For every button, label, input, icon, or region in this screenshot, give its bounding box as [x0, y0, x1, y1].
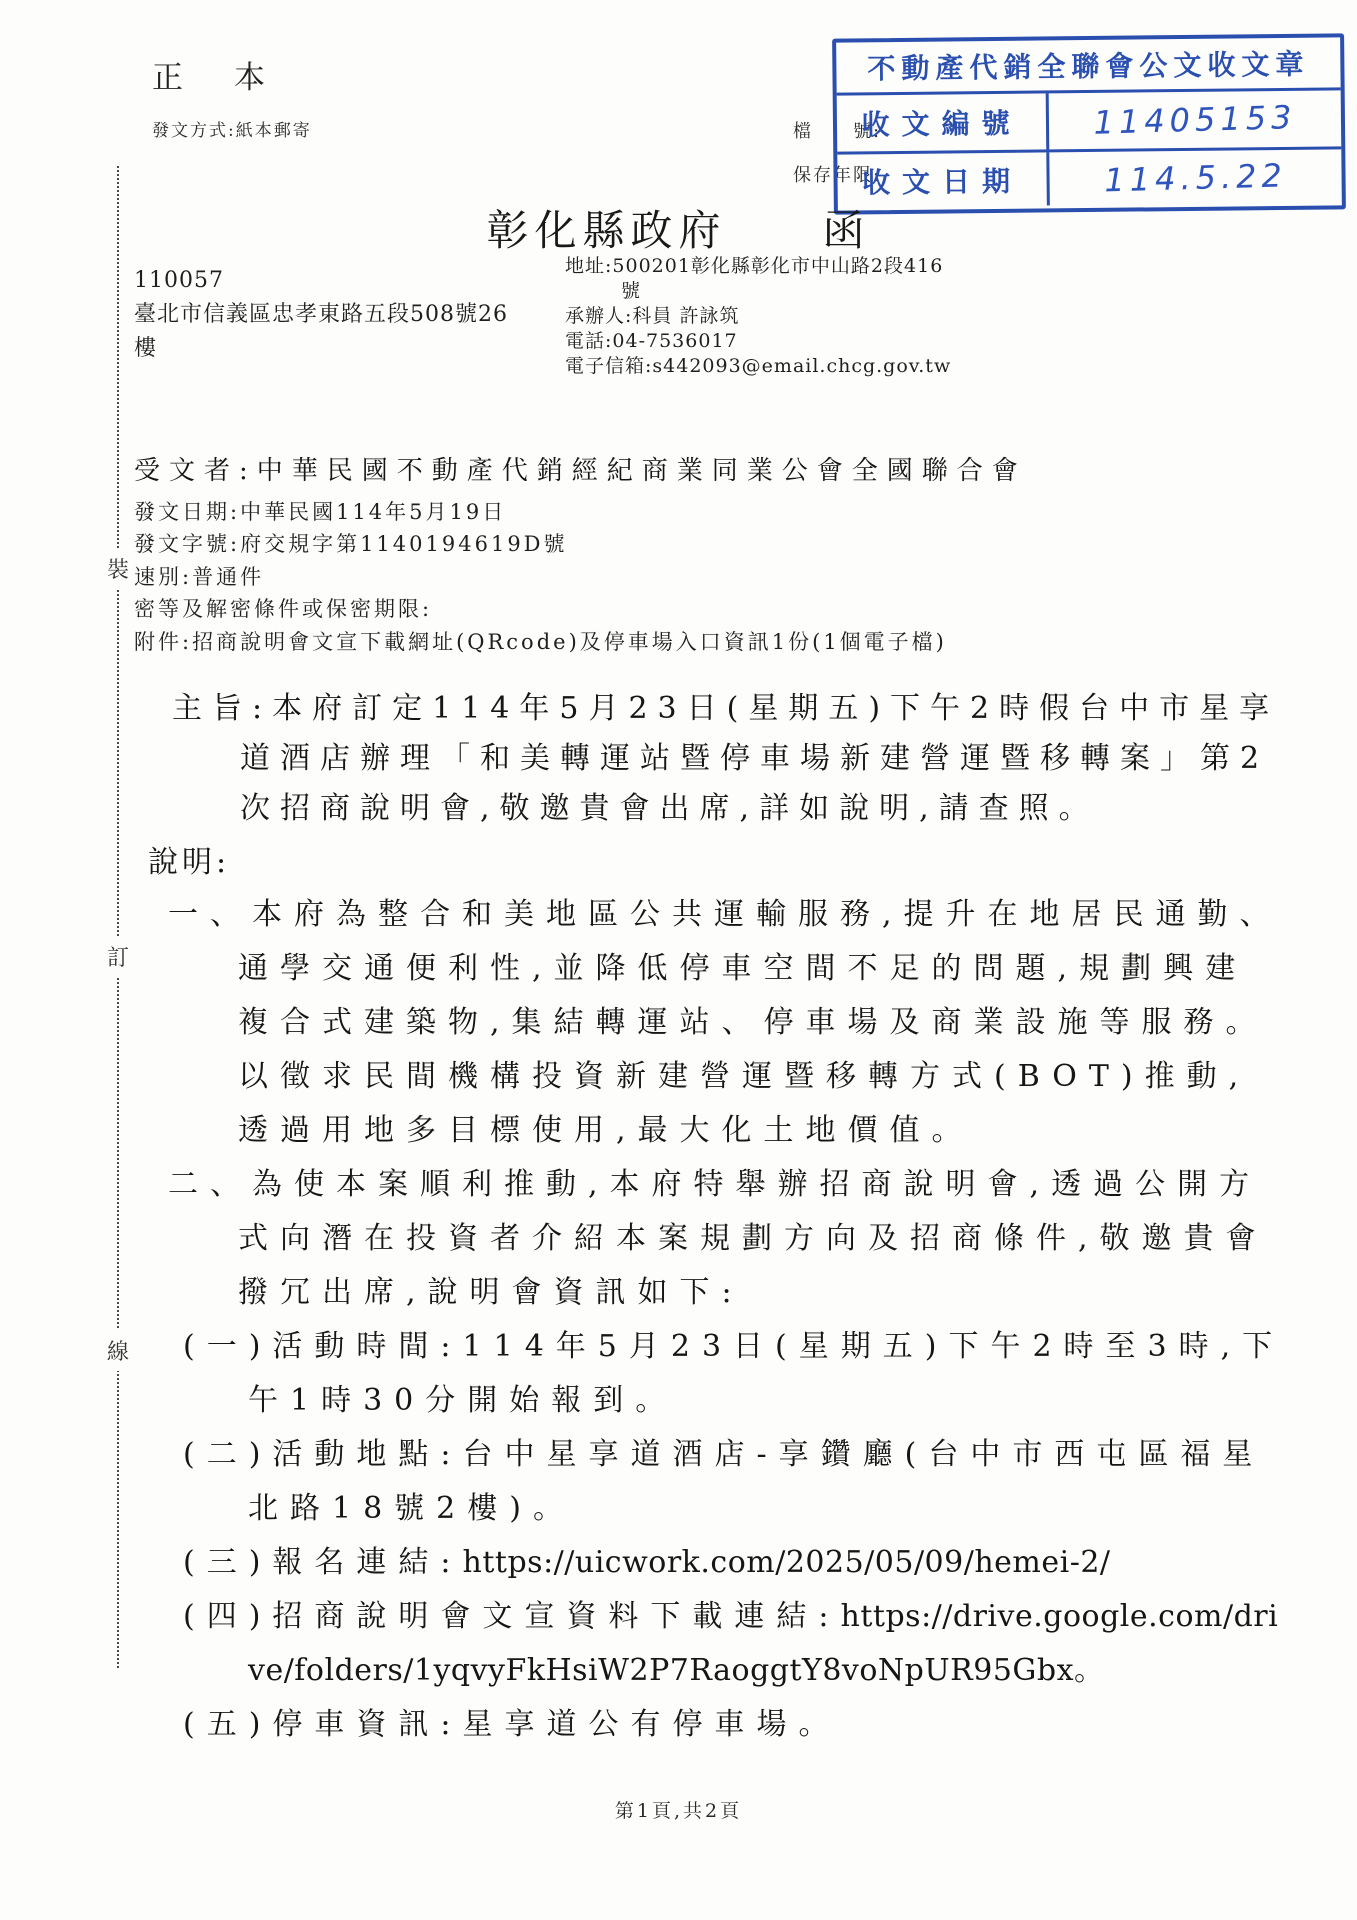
copy-type-label: 正 本 [152, 52, 275, 97]
binding-mark-zhuang: 裝 [103, 548, 133, 589]
binding-dotted-line [117, 166, 119, 1668]
document-meta-fields: 發文日期:中華民國114年5月19日 發文字號:府交規字第1140194619D… [134, 496, 947, 658]
item-1-text: 本府為整合和美地區公共運輸服務,提升在地居民通勤、通學交通便利性,並降低停車空間… [238, 897, 1282, 1148]
receipt-no-row: 收文編號 11405153 [837, 90, 1342, 151]
subject-paragraph: 主旨:本府訂定114年5月23日(星期五)下午2時假台中市星享道酒店辦理「和美轉… [172, 684, 1288, 834]
scanned-official-letter: 正 本 發文方式:紙本郵寄 檔 號: 保存年限: 不動產代銷全聯會公文收文章 收… [0, 0, 1357, 1920]
subject-label: 主旨: [172, 691, 272, 726]
receipt-no-label: 收文編號 [837, 93, 1050, 151]
sub-item-2-marker: (二) [183, 1437, 272, 1472]
subject-text: 本府訂定114年5月23日(星期五)下午2時假台中市星享道酒店辦理「和美轉運站暨… [240, 691, 1279, 826]
registration-link-item: (三)報名連結:https://uicwork.com/2025/05/09/h… [183, 1536, 1289, 1590]
doc-number-line: 發文字號:府交規字第1140194619D號 [134, 528, 947, 560]
explanation-item-2: 二、為使本案順利推動,本府特舉辦招商說明會,透過公開方式向潛在投資者介紹本案規劃… [168, 1158, 1288, 1320]
parking-info-item: (五)停車資訊:星享道公有停車場。 [183, 1698, 1289, 1752]
recipient-address-block: 110057 臺北市信義區忠孝東路五段508號26 樓 [134, 264, 508, 366]
event-info-list: (一)活動時間:114年5月23日(星期五)下午2時至3時,下午1時30分開始報… [183, 1320, 1289, 1752]
receipt-stamp: 不動產代銷全聯會公文收文章 收文編號 11405153 收文日期 114.5.2… [832, 33, 1346, 214]
sub-item-5-text: 停車資訊:星享道公有停車場。 [272, 1707, 840, 1742]
sender-officer: 承辦人:科員 許詠筑 [565, 304, 1205, 329]
attachment-line: 附件:招商說明會文宣下載網址(QRcode)及停車場入口資訊1份(1個電子檔) [134, 626, 947, 658]
recipient-postal-code: 110057 [134, 264, 508, 298]
sub-item-4-suffix: 。 [1074, 1653, 1116, 1688]
explanation-items: 一、本府為整合和美地區公共運輸服務,提升在地居民通勤、通學交通便利性,並降低停車… [168, 888, 1288, 1320]
letter-body: 主旨:本府訂定114年5月23日(星期五)下午2時假台中市星享道酒店辦理「和美轉… [148, 684, 1290, 1752]
item-1-marker: 一、 [168, 897, 252, 932]
page-number-footer: 第1頁,共2頁 [0, 1796, 1357, 1823]
security-line: 密等及解密條件或保密期限: [134, 593, 947, 625]
receipt-stamp-title: 不動產代銷全聯會公文收文章 [836, 37, 1341, 95]
sender-phone: 電話:04-7536017 [565, 329, 1205, 354]
sub-item-4-marker: (四) [183, 1599, 272, 1634]
explanation-label: 說明: [148, 838, 1290, 888]
sub-item-3-prefix: 報名連結: [272, 1545, 462, 1580]
sender-address-line1: 地址:500201彰化縣彰化市中山路2段416 [565, 254, 1205, 279]
download-link-item: (四)招商說明會文宣資料下載連結:https://drive.google.co… [183, 1590, 1289, 1698]
sender-contact-block: 地址:500201彰化縣彰化市中山路2段416 號 承辦人:科員 許詠筑 電話:… [565, 254, 1205, 379]
event-location-item: (二)活動地點:台中星享道酒店-享鑽廳(台中市西屯區福星北路18號2樓)。 [183, 1428, 1289, 1536]
recipient-line: 受文者:中華民國不動產代銷經紀商業同業公會全國聯合會 [134, 450, 1027, 487]
sender-email: 電子信箱:s442093@email.chcg.gov.tw [565, 354, 1205, 379]
delivery-method-label: 發文方式:紙本郵寄 [152, 116, 312, 141]
event-time-item: (一)活動時間:114年5月23日(星期五)下午2時至3時,下午1時30分開始報… [183, 1320, 1289, 1428]
explanation-item-1: 一、本府為整合和美地區公共運輸服務,提升在地居民通勤、通學交通便利性,並降低停車… [168, 888, 1288, 1158]
sub-item-5-marker: (五) [183, 1707, 272, 1742]
document-title: 彰化縣政府 函 [0, 198, 1357, 258]
item-2-marker: 二、 [168, 1167, 252, 1202]
sub-item-2-text: 活動地點:台中星享道酒店-享鑽廳(台中市西屯區福星北路18號2樓)。 [248, 1437, 1264, 1526]
recipient-address-line2: 樓 [134, 332, 508, 366]
binding-mark-xian: 線 [103, 1330, 133, 1371]
item-2-text: 為使本案順利推動,本府特舉辦招商說明會,透過公開方式向潛在投資者介紹本案規劃方向… [238, 1167, 1268, 1310]
sub-item-3-marker: (三) [183, 1545, 272, 1580]
binding-mark-ding: 訂 [103, 936, 133, 977]
sub-item-1-text: 活動時間:114年5月23日(星期五)下午2時至3時,下午1時30分開始報到。 [248, 1329, 1284, 1418]
recipient-address-line1: 臺北市信義區忠孝東路五段508號26 [134, 298, 508, 332]
sub-item-1-marker: (一) [183, 1329, 272, 1364]
receipt-no-value: 11405153 [1048, 88, 1341, 152]
registration-url: https://uicwork.com/2025/05/09/hemei-2/ [463, 1545, 1111, 1580]
sub-item-4-prefix: 招商說明會文宣資料下載連結: [272, 1599, 840, 1634]
issue-date-line: 發文日期:中華民國114年5月19日 [134, 496, 947, 528]
sender-address-line2: 號 [565, 279, 1205, 304]
priority-line: 速別:普通件 [134, 561, 947, 593]
